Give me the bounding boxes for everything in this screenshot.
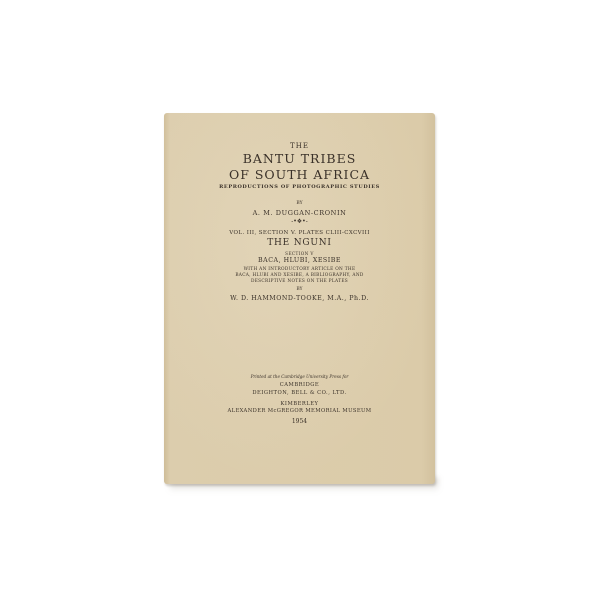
by-label: BY [164,202,435,207]
publication-year: 1954 [164,419,435,425]
intro-line-3: DESCRIPTIVE NOTES ON THE PLATES [164,280,435,284]
title-line-1: BANTU TRIBES [164,153,435,166]
ornament-icon: -•❖•- [164,219,435,225]
title-line-2: OF SOUTH AFRICA [164,169,435,182]
volume-info: VOL. III, SECTION V. PLATES CLIII-CXCVII… [164,231,435,237]
publisher-museum: ALEXANDER McGREGOR MEMORIAL MUSEUM [164,409,435,414]
city-cambridge: CAMBRIDGE [164,383,435,388]
volume-title: THE NGUNI [164,239,435,248]
tribes: BACA, HLUBI, XESIBE [164,258,435,264]
book-cover: THE BANTU TRIBES OF SOUTH AFRICA REPRODU… [164,113,435,484]
section-label: SECTION V [164,252,435,256]
author: A. M. DUGGAN-CRONIN [164,210,435,217]
subtitle: REPRODUCTIONS OF PHOTOGRAPHIC STUDIES [164,185,435,190]
printed-note: Printed at the Cambridge University Pres… [164,375,435,379]
publisher-deighton: DEIGHTON, BELL & CO., LTD. [164,391,435,396]
intro-line-1: WITH AN INTRODUCTORY ARTICLE ON THE [164,268,435,272]
city-kimberley: KIMBERLEY [164,402,435,407]
title-article: THE [164,143,435,150]
by-label-2: BY [164,288,435,292]
editor: W. D. HAMMOND-TOOKE, M.A., Ph.D. [164,296,435,302]
intro-line-2: BACA, HLUBI AND XESIBE, A BIBLIOGRAPHY, … [164,274,435,278]
